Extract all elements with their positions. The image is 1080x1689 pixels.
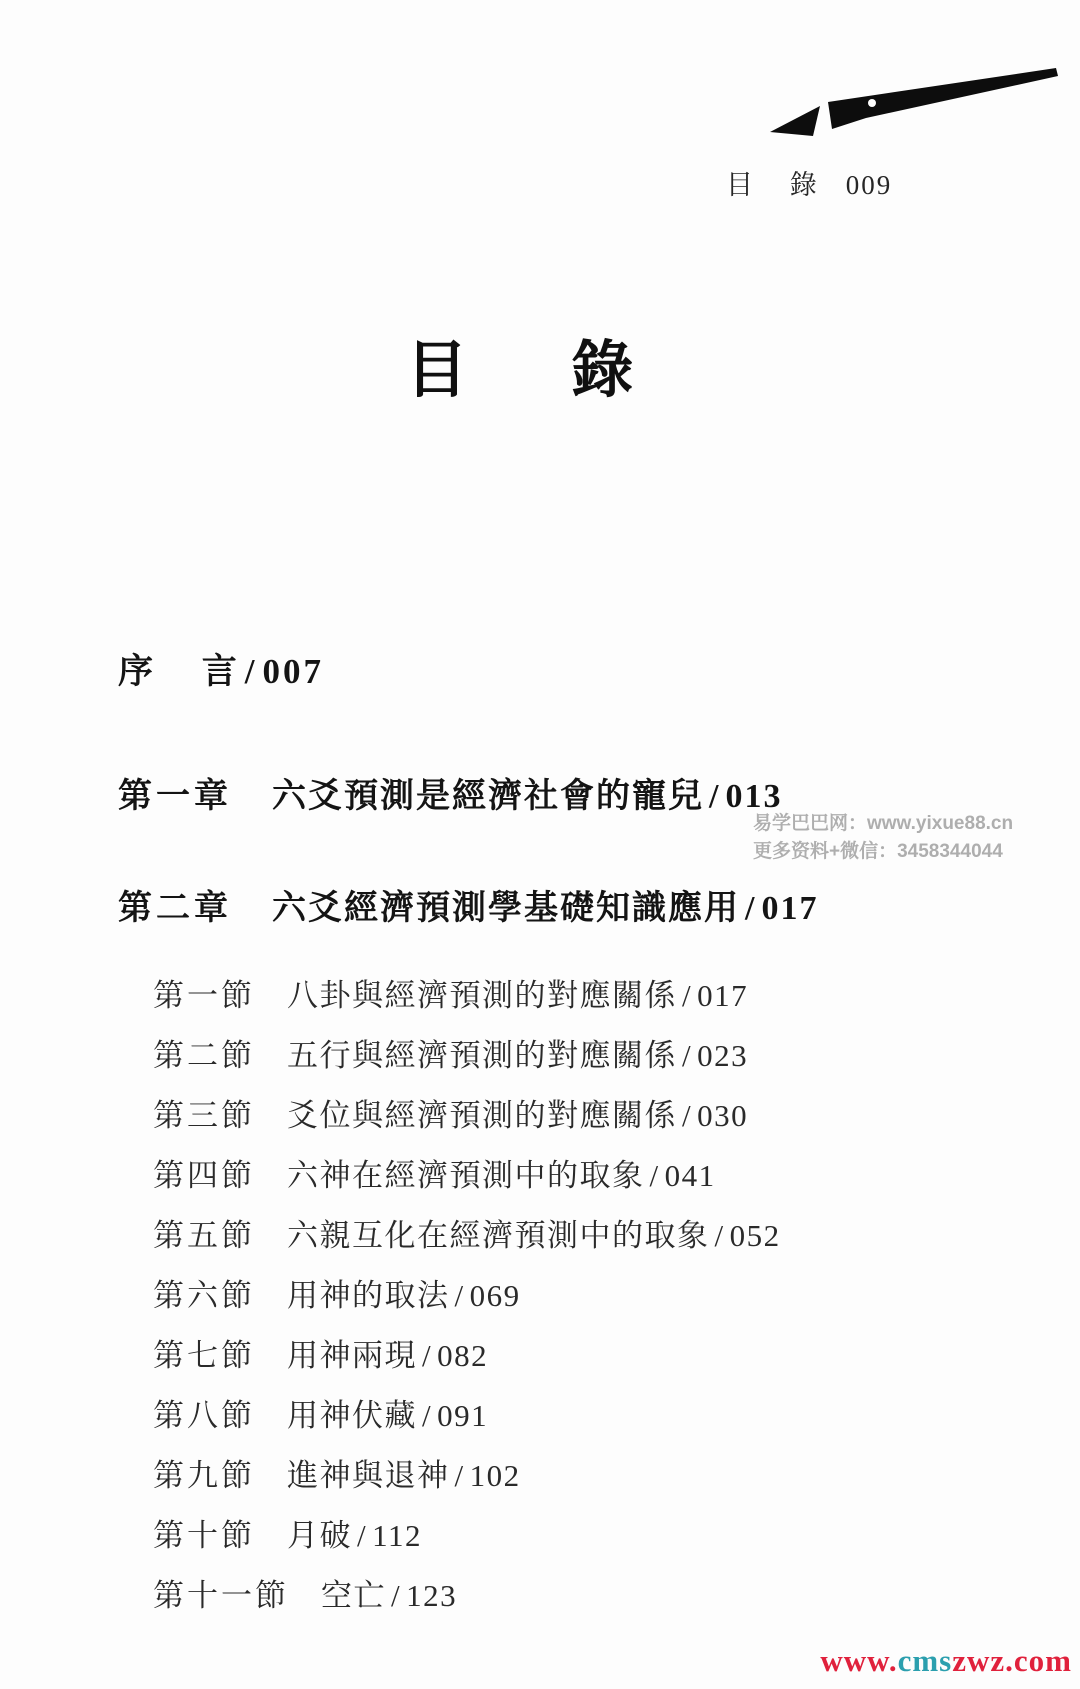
section-title: 用神的取法 xyxy=(287,1278,450,1313)
calligraphy-brush-illustration xyxy=(700,56,1062,140)
section-title: 月破 xyxy=(287,1518,352,1553)
section-label: 第八節 xyxy=(153,1386,255,1446)
brush-handle-icon xyxy=(828,68,1058,129)
section-label: 第九節 xyxy=(153,1446,255,1506)
section-label: 第二節 xyxy=(153,1026,255,1086)
section-label: 第六節 xyxy=(153,1266,255,1326)
section-label: 第三節 xyxy=(153,1086,255,1146)
toc-section-row: 第五節六親互化在經濟預測中的取象/052 xyxy=(153,1206,781,1266)
toc-section-row: 第六節用神的取法/069 xyxy=(153,1266,781,1326)
toc-section-row: 第三節爻位與經濟預測的對應關係/030 xyxy=(153,1086,781,1146)
toc-entry-preface: 序 言/007 xyxy=(118,644,324,694)
separator: / xyxy=(704,778,725,815)
toc-section-row: 第十一節空亡/123 xyxy=(153,1566,781,1626)
toc-section-row: 第二節五行與經濟預測的對應關係/023 xyxy=(153,1026,781,1086)
chapter-label: 第二章 xyxy=(118,880,232,929)
separator: / xyxy=(677,1098,697,1133)
page-number: 007 xyxy=(263,652,325,691)
chapter-title: 六爻經濟預測學基礎知識應用 xyxy=(272,890,740,927)
brush-handle-dot xyxy=(868,99,876,107)
page-number: 069 xyxy=(470,1278,521,1313)
page-number: 082 xyxy=(437,1338,488,1373)
running-header-title: 目 錄 xyxy=(726,170,818,200)
separator: / xyxy=(417,1398,437,1433)
toc-section-row: 第十節月破/112 xyxy=(153,1506,781,1566)
separator: / xyxy=(710,1218,730,1253)
section-list: 第一節八卦與經濟預測的對應關係/017 第二節五行與經濟預測的對應關係/023 … xyxy=(153,966,781,1626)
chapter-title: 六爻預測是經濟社會的寵兒 xyxy=(272,778,704,815)
section-label: 第十一節 xyxy=(153,1566,289,1626)
watermark: 易学巴巴网：www.yixue88.cn 更多资料+微信：3458344044 xyxy=(753,810,1013,866)
separator: / xyxy=(352,1518,372,1553)
section-label: 第一節 xyxy=(153,966,255,1026)
separator: / xyxy=(450,1278,470,1313)
section-title: 進神與退神 xyxy=(287,1458,450,1493)
footer-url-segment: www. xyxy=(820,1643,897,1678)
section-title: 爻位與經濟預測的對應關係 xyxy=(287,1098,677,1133)
watermark-line-2: 更多资料+微信：3458344044 xyxy=(753,838,1013,866)
chapter-label: 第一章 xyxy=(118,768,232,817)
separator: / xyxy=(386,1578,406,1613)
page-number: 123 xyxy=(406,1578,457,1613)
page-number: 052 xyxy=(730,1218,781,1253)
page: 目 錄009 目 錄 序 言/007 第一章六爻預測是經濟社會的寵兒/013 易… xyxy=(0,0,1080,1689)
section-title: 六親互化在經濟預測中的取象 xyxy=(287,1218,710,1253)
page-number: 017 xyxy=(761,890,818,927)
section-title: 用神伏藏 xyxy=(287,1398,417,1433)
toc-section-row: 第九節進神與退神/102 xyxy=(153,1446,781,1506)
section-title: 空亡 xyxy=(321,1578,386,1613)
toc-section-row: 第四節六神在經濟預測中的取象/041 xyxy=(153,1146,781,1206)
page-number: 030 xyxy=(697,1098,748,1133)
footer-url-segment: cms xyxy=(898,1643,953,1678)
separator: / xyxy=(417,1338,437,1373)
page-number: 023 xyxy=(697,1038,748,1073)
brush-tip-icon xyxy=(770,106,820,136)
separator: / xyxy=(645,1158,665,1193)
section-label: 第四節 xyxy=(153,1146,255,1206)
toc-entry-chapter-2: 第二章六爻經濟預測學基礎知識應用/017 xyxy=(118,880,818,929)
page-number: 041 xyxy=(665,1158,716,1193)
running-header: 目 錄009 xyxy=(726,163,892,202)
preface-label: 序 言 xyxy=(118,652,240,691)
toc-section-row: 第八節用神伏藏/091 xyxy=(153,1386,781,1446)
section-title: 五行與經濟預測的對應關係 xyxy=(287,1038,677,1073)
separator: / xyxy=(677,1038,697,1073)
running-header-page-number: 009 xyxy=(846,170,893,200)
toc-section-row: 第七節用神兩現/082 xyxy=(153,1326,781,1386)
main-title: 目 錄 xyxy=(0,320,1062,409)
page-number: 017 xyxy=(697,978,748,1013)
page-number: 091 xyxy=(437,1398,488,1433)
separator: / xyxy=(740,890,761,927)
footer-site-url: www.cmszwz.com xyxy=(820,1643,1072,1679)
footer-url-segment: .com xyxy=(1005,1643,1072,1678)
section-label: 第五節 xyxy=(153,1206,255,1266)
page-number: 112 xyxy=(372,1518,422,1553)
footer-url-segment: zwz xyxy=(952,1643,1005,1678)
section-label: 第七節 xyxy=(153,1326,255,1386)
section-title: 八卦與經濟預測的對應關係 xyxy=(287,978,677,1013)
section-title: 六神在經濟預測中的取象 xyxy=(287,1158,645,1193)
section-title: 用神兩現 xyxy=(287,1338,417,1373)
toc-section-row: 第一節八卦與經濟預測的對應關係/017 xyxy=(153,966,781,1026)
separator: / xyxy=(240,652,263,691)
watermark-line-1: 易学巴巴网：www.yixue88.cn xyxy=(753,810,1013,838)
toc-entry-chapter-1: 第一章六爻預測是經濟社會的寵兒/013 xyxy=(118,768,782,817)
section-label: 第十節 xyxy=(153,1506,255,1566)
separator: / xyxy=(450,1458,470,1493)
separator: / xyxy=(677,978,697,1013)
page-number: 102 xyxy=(470,1458,521,1493)
